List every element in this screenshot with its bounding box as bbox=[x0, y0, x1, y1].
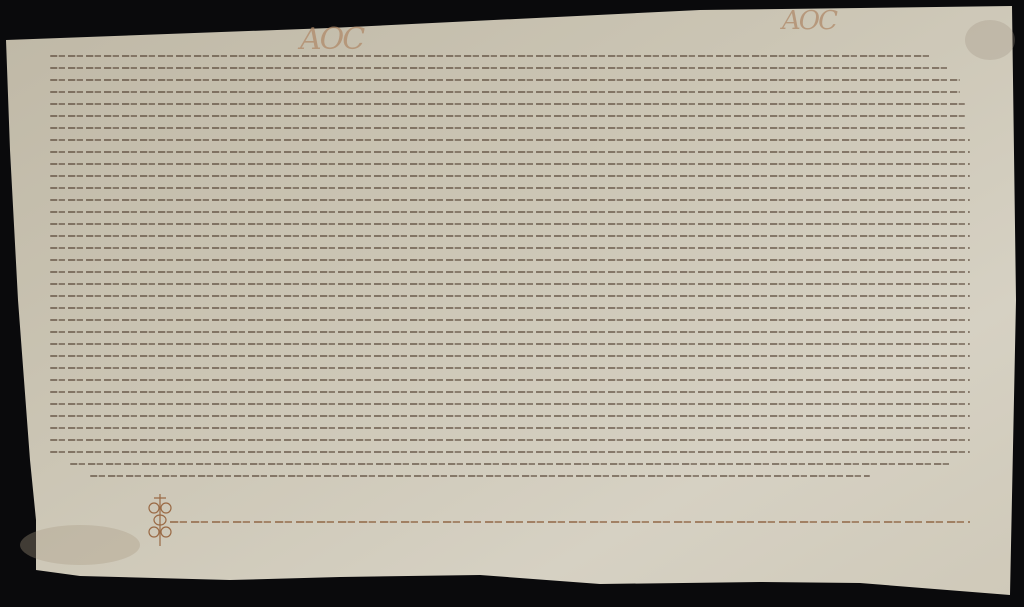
notarial-signum-icon bbox=[140, 490, 180, 550]
notarial-subscription bbox=[170, 521, 970, 523]
manuscript-text-body bbox=[50, 45, 990, 485]
header-monogram-right: AOC bbox=[782, 6, 836, 36]
